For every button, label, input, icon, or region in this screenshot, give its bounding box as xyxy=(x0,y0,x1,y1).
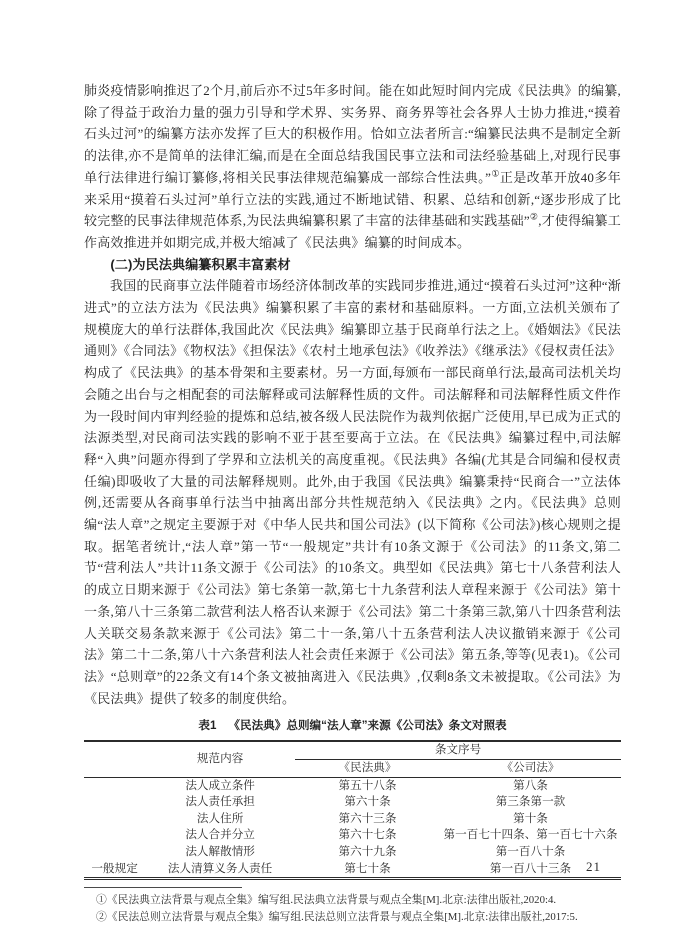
table-caption-label: 表1 xyxy=(198,719,216,732)
footnote-2: ②《民法总则立法背景与观点全集》编写组.民法总则立法背景与观点全集[M].北京:… xyxy=(84,909,621,926)
document-page: 肺炎疫情影响推迟了2个月,前后亦不过5年多时间。能在如此短时间内完成《民法典》的… xyxy=(0,0,700,943)
cell-minfadian: 第六十九条 xyxy=(295,844,440,861)
header-article-no: 条文序号 xyxy=(295,741,621,759)
comparison-table: 规范内容 条文序号 《民法典》 《公司法》 一般规定 法人成立条件 第五十八条 … xyxy=(84,740,621,880)
header-content: 规范内容 xyxy=(145,741,295,777)
empty-header-cell xyxy=(84,741,145,777)
cell-content: 法人住所 xyxy=(145,811,295,828)
page-number: 21 xyxy=(586,859,601,875)
cell-content: 法人合并分立 xyxy=(145,827,295,844)
paragraph-continuation: 肺炎疫情影响推迟了2个月,前后亦不过5年多时间。能在如此短时间内完成《民法典》的… xyxy=(84,80,621,254)
table-row: 法人责任承担 第六十条 第三条第一款 xyxy=(84,794,621,811)
footnotes-section: ①《民法典立法背景与观点全集》编写组.民法典立法背景与观点全集[M].北京:法律… xyxy=(84,887,621,926)
header-minfadian: 《民法典》 xyxy=(295,759,440,777)
cell-minfadian: 第六十七条 xyxy=(295,827,440,844)
cell-gongsifa: 第一百七十四条、第一百七十六条 xyxy=(440,827,621,844)
paragraph: 我国的民商事立法伴随着市场经济体制改革的实践同步推进,通过“摸着石头过河”这种“… xyxy=(84,275,621,709)
cell-minfadian: 第七十条 xyxy=(295,861,440,879)
footnote-ref-2: ② xyxy=(530,212,538,222)
page-content: 肺炎疫情影响推迟了2个月,前后亦不过5年多时间。能在如此短时间内完成《民法典》的… xyxy=(84,80,621,926)
cell-content: 法人清算义务人责任 xyxy=(145,861,295,879)
table-row: 法人住所 第六十三条 第十条 xyxy=(84,811,621,828)
table-header-row: 规范内容 条文序号 xyxy=(84,741,621,759)
table-row: 法人清算义务人责任 第七十条 第一百八十三条 xyxy=(84,861,621,879)
header-gongsifa: 《公司法》 xyxy=(440,759,621,777)
footnote-separator xyxy=(84,887,242,888)
cell-minfadian: 第五十八条 xyxy=(295,777,440,794)
category-cell: 一般规定 xyxy=(84,777,145,879)
table-caption: 表1《民法典》总则编“法人章”来源《公司法》条文对照表 xyxy=(84,718,621,734)
cell-gongsifa: 第三条第一款 xyxy=(440,794,621,811)
table-row: 一般规定 法人成立条件 第五十八条 第八条 xyxy=(84,777,621,794)
table-caption-text: 《民法典》总则编“法人章”来源《公司法》条文对照表 xyxy=(228,719,506,732)
cell-minfadian: 第六十三条 xyxy=(295,811,440,828)
cell-content: 法人解散情形 xyxy=(145,844,295,861)
footnote-1: ①《民法典立法背景与观点全集》编写组.民法典立法背景与观点全集[M].北京:法律… xyxy=(84,892,621,909)
cell-gongsifa: 第十条 xyxy=(440,811,621,828)
section-heading: (二)为民法典编纂积累丰富素材 xyxy=(84,254,621,276)
table-row: 法人解散情形 第六十九条 第一百八十条 xyxy=(84,844,621,861)
footnote-ref-1: ① xyxy=(491,168,500,178)
cell-gongsifa: 第八条 xyxy=(440,777,621,794)
cell-content: 法人成立条件 xyxy=(145,777,295,794)
cell-minfadian: 第六十条 xyxy=(295,794,440,811)
table-row: 法人合并分立 第六十七条 第一百七十四条、第一百七十六条 xyxy=(84,827,621,844)
cell-content: 法人责任承担 xyxy=(145,794,295,811)
